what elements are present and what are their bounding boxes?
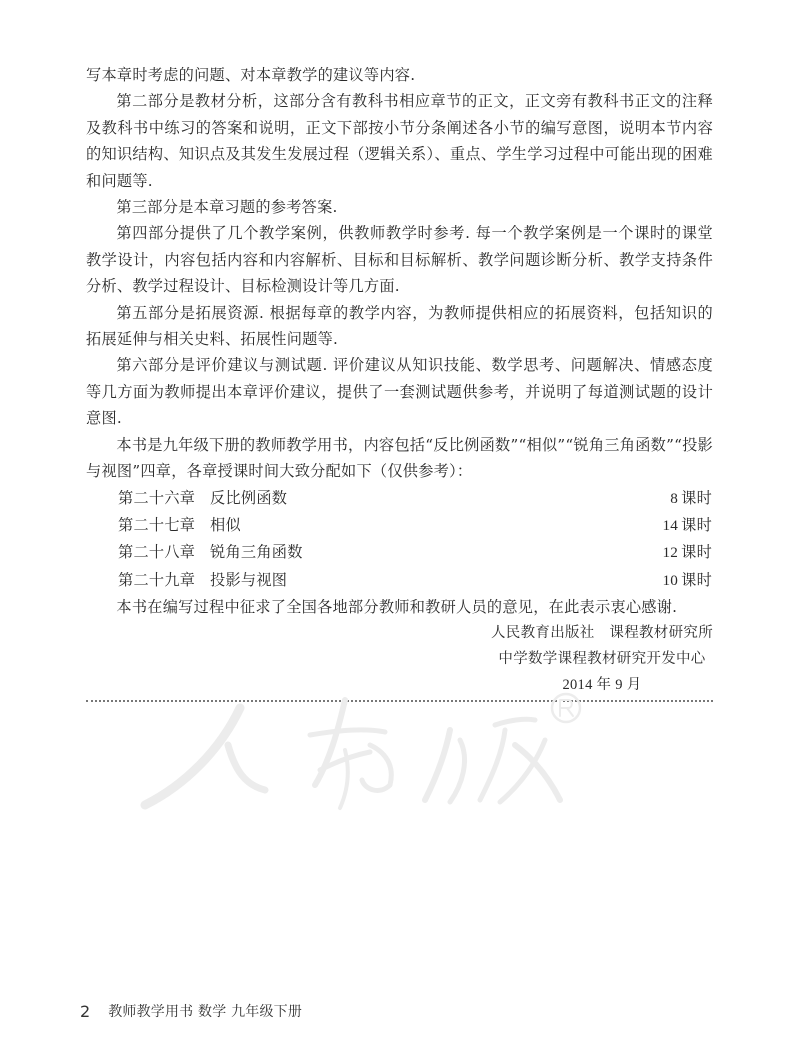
paragraph-part-five: 第五部分是拓展资源. 根据每章的教学内容，为教师提供相应的拓展资料，包括知识的拓… <box>86 300 713 353</box>
paragraph-part-three: 第三部分是本章习题的参考答案. <box>86 194 713 220</box>
schedule-chapter: 第二十八章锐角三角函数 <box>118 539 303 566</box>
schedule-hours: 8课时 <box>670 485 712 512</box>
document-body: 写本章时考虑的问题、对本章教学的建议等内容. 第二部分是教材分析，这部分含有教科… <box>86 62 713 621</box>
hours-unit: 课时 <box>681 543 712 561</box>
publisher-watermark-icon <box>140 690 620 820</box>
paragraph-book-contents: 本书是九年级下册的教师教学用书，内容包括“反比例函数”“相似”“锐角三角函数”“… <box>86 432 713 485</box>
schedule-chapter: 第二十六章反比例函数 <box>118 485 287 512</box>
paragraph-intro-continuation: 写本章时考虑的问题、对本章教学的建议等内容. <box>86 62 713 88</box>
paragraph-part-four: 第四部分提供了几个教学案例，供教师教学时参考. 每一个教学案例是一个课时的课堂教… <box>86 220 713 299</box>
schedule-hours: 10课时 <box>662 567 712 594</box>
chapter-number: 第二十七章 <box>118 512 210 538</box>
schedule-row: 第二十六章反比例函数 8课时 <box>86 485 713 512</box>
hours-unit: 课时 <box>681 516 712 534</box>
schedule-row: 第二十七章相似 14课时 <box>86 512 713 539</box>
schedule-hours: 14课时 <box>662 512 712 539</box>
signature-block: 人民教育出版社 课程教材研究所 中学数学课程教材研究开发中心 2014 年 9 … <box>491 620 713 698</box>
paragraph-part-two: 第二部分是教材分析，这部分含有教科书相应章节的正文，正文旁有教科书正文的注释及教… <box>86 88 713 194</box>
chapter-title: 投影与视图 <box>210 571 287 589</box>
chapter-title: 反比例函数 <box>210 489 287 507</box>
signature-publisher: 人民教育出版社 课程教材研究所 <box>491 620 713 646</box>
hours-value: 8 <box>670 490 678 507</box>
schedule-chapter: 第二十七章相似 <box>118 512 241 539</box>
hours-unit: 课时 <box>681 571 712 589</box>
page-number: 2 <box>80 1002 90 1021</box>
hours-value: 12 <box>662 544 678 561</box>
signature-date: 2014 年 9 月 <box>491 672 713 698</box>
hours-value: 10 <box>662 572 678 589</box>
hours-value: 14 <box>662 517 678 534</box>
schedule-chapter: 第二十九章投影与视图 <box>118 567 287 594</box>
hours-unit: 课时 <box>681 489 712 507</box>
dotted-divider <box>86 700 713 702</box>
schedule-hours: 12课时 <box>662 539 712 566</box>
chapter-number: 第二十九章 <box>118 567 210 593</box>
chapter-number: 第二十八章 <box>118 539 210 565</box>
page-footer: 2 教师教学用书 数学 九年级下册 <box>80 1001 302 1021</box>
paragraph-acknowledgement: 本书在编写过程中征求了全国各地部分教师和教研人员的意见，在此表示衷心感谢. <box>86 594 713 620</box>
chapter-number: 第二十六章 <box>118 485 210 511</box>
chapter-title: 锐角三角函数 <box>210 543 303 561</box>
signature-center: 中学数学课程教材研究开发中心 <box>491 646 713 672</box>
chapter-schedule: 第二十六章反比例函数 8课时 第二十七章相似 14课时 第二十八章锐角三角函数 … <box>86 485 713 595</box>
schedule-row: 第二十八章锐角三角函数 12课时 <box>86 539 713 566</box>
schedule-row: 第二十九章投影与视图 10课时 <box>86 567 713 594</box>
running-footer-title: 教师教学用书 数学 九年级下册 <box>108 1001 302 1021</box>
paragraph-part-six: 第六部分是评价建议与测试题. 评价建议从知识技能、数学思考、问题解决、情感态度等… <box>86 352 713 431</box>
chapter-title: 相似 <box>210 516 241 534</box>
